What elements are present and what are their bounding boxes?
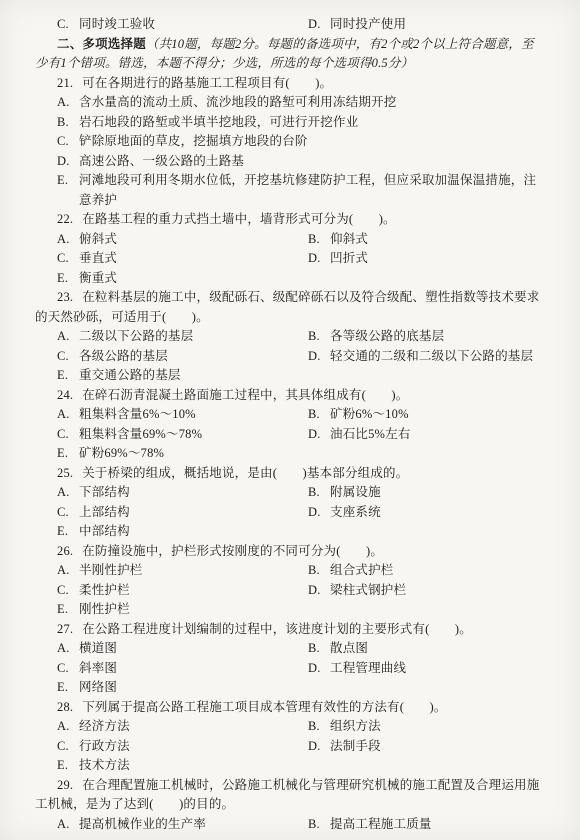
option-E: E.网络图 — [35, 678, 286, 698]
option-C: C.行政方法 — [35, 737, 286, 757]
option-text: 衡重式 — [79, 271, 117, 285]
option-label: D. — [308, 581, 330, 601]
option-text: 矿粉69%～78% — [79, 446, 164, 460]
option-label: D. — [308, 425, 330, 445]
option-label: B. — [308, 230, 330, 250]
option-B: B.附属设施 — [286, 483, 545, 503]
question-24: 24.在碎石沥青混凝土路面施工过程中，其具体组成有( )。A.粗集料含量6%～1… — [35, 386, 545, 464]
options-two-column: A.二级以下公路的基层B.各等级公路的底基层C.各级公路的基层D.轻交通的二级和… — [35, 327, 545, 386]
option-A: A.含水量高的流动土质、流沙地段的路堑可利用冻结期开挖 — [35, 93, 545, 113]
option-text: 铲除原地面的草皮，挖掘填方地段的台阶 — [79, 134, 308, 148]
option-text: 工程管理曲线 — [330, 661, 406, 675]
question-stem: 27.在公路工程进度计划编制的过程中，该进度计划的主要形式有( )。 — [35, 620, 545, 640]
options-two-column: A.粗集料含量6%～10%B.矿粉6%～10%C.粗集料含量69%～78%D.油… — [35, 405, 545, 464]
option-text: 同时投产使用 — [330, 17, 406, 31]
question-number: 27. — [57, 622, 73, 636]
option-E: E.技术方法 — [35, 756, 286, 776]
option-label: E. — [57, 269, 79, 289]
carryover-options-row: C.同时竣工验收 D.同时投产使用 — [35, 15, 545, 35]
question-text: 关于桥梁的组成，概括地说，是由( )基本部分组成的。 — [82, 466, 408, 480]
option-label: A. — [57, 405, 79, 425]
option-text: 附属设施 — [330, 485, 381, 499]
option-label: E. — [57, 522, 79, 542]
option-label: D. — [57, 152, 79, 172]
option-text: 半刚性护栏 — [79, 563, 143, 577]
option-C: C.上部结构 — [35, 503, 286, 523]
option-A: A.下部结构 — [35, 483, 286, 503]
option-D: D.凹折式 — [286, 249, 545, 269]
option-B: B.组织方法 — [286, 717, 545, 737]
options-two-column: A.俯斜式B.仰斜式C.垂直式D.凹折式E.衡重式 — [35, 230, 545, 289]
options-two-column: A.经济方法B.组织方法C.行政方法D.法制手段E.技术方法 — [35, 717, 545, 776]
option-text: 重交通公路的基层 — [79, 368, 181, 382]
option-label: B. — [308, 327, 330, 347]
question-text: 在碎石沥青混凝土路面施工过程中，其具体组成有( )。 — [82, 388, 408, 402]
question-text: 在路基工程的重力式挡土墙中，墙背形式可分为( )。 — [82, 212, 396, 226]
questions-container: 21.可在各期进行的路基施工工程项目有( )。A.含水量高的流动土质、流沙地段的… — [35, 74, 545, 835]
option-label: B. — [308, 561, 330, 581]
option-text: 高速公路、一级公路的土路基 — [79, 154, 244, 168]
question-number: 26. — [57, 544, 73, 558]
option-label: A. — [57, 639, 79, 659]
options-two-column: A.提高机械作业的生产率B.提高工程施工质量 — [35, 815, 545, 835]
question-number: 25. — [57, 466, 73, 480]
option-label: C. — [57, 132, 79, 152]
option-label: B. — [308, 639, 330, 659]
option-label: C. — [57, 347, 79, 367]
options-list: A.含水量高的流动土质、流沙地段的路堑可利用冻结期开挖B.岩石地段的路堑或半填半… — [35, 93, 545, 210]
question-stem: 26.在防撞设施中，护栏形式按刚度的不同可分为( )。 — [35, 542, 545, 562]
option-B: B.仰斜式 — [286, 230, 545, 250]
option-A: A.粗集料含量6%～10% — [35, 405, 286, 425]
question-stem: 25.关于桥梁的组成，概括地说，是由( )基本部分组成的。 — [35, 464, 545, 484]
option-B: B.散点图 — [286, 639, 545, 659]
option-text: 行政方法 — [79, 739, 130, 753]
option-label: D. — [308, 737, 330, 757]
option-label: C. — [57, 659, 79, 679]
question-text: 在防撞设施中，护栏形式按刚度的不同可分为( )。 — [82, 544, 383, 558]
option-A: A.二级以下公路的基层 — [35, 327, 286, 347]
question-number: 21. — [57, 76, 73, 90]
option-text: 支座系统 — [330, 505, 381, 519]
option-text: 横道图 — [79, 641, 117, 655]
option-text: 各级公路的基层 — [79, 349, 168, 363]
option-label: B. — [308, 405, 330, 425]
option-text: 粗集料含量69%～78% — [79, 427, 202, 441]
option-text: 仰斜式 — [330, 232, 368, 246]
option-text: 提高机械作业的生产率 — [79, 817, 206, 831]
question-number: 23. — [57, 290, 73, 304]
question-text: 可在各期进行的路基施工工程项目有( )。 — [82, 76, 332, 90]
question-text: 在合理配置施工机械时，公路施工机械化与管理研究机械的施工配置及合理运用施工机械，… — [35, 778, 539, 812]
carryover-option-c: C.同时竣工验收 — [35, 15, 286, 35]
option-label: D. — [308, 15, 330, 35]
option-label: D. — [308, 249, 330, 269]
option-label: D. — [308, 347, 330, 367]
question-stem: 22.在路基工程的重力式挡土墙中，墙背形式可分为( )。 — [35, 210, 545, 230]
option-A: A.俯斜式 — [35, 230, 286, 250]
carryover-option-d: D.同时投产使用 — [286, 15, 545, 35]
options-two-column: A.半刚性护栏B.组合式护栏C.柔性护栏D.梁柱式钢护栏E.刚性护栏 — [35, 561, 545, 620]
option-text: 下部结构 — [79, 485, 130, 499]
option-label: A. — [57, 93, 79, 113]
question-25: 25.关于桥梁的组成，概括地说，是由( )基本部分组成的。A.下部结构B.附属设… — [35, 464, 545, 542]
option-text: 法制手段 — [330, 739, 381, 753]
option-label: C. — [57, 15, 79, 35]
option-text: 散点图 — [330, 641, 368, 655]
option-D: D.轻交通的二级和二级以下公路的基层 — [286, 347, 545, 367]
question-text: 下列属于提高公路工程施工项目成本管理有效性的方法有( )。 — [82, 700, 446, 714]
option-label: B. — [308, 483, 330, 503]
option-label: D. — [308, 659, 330, 679]
option-text: 凹折式 — [330, 251, 368, 265]
option-text: 河滩地段可利用冬期水位低，开挖基坑修建防护工程，但应采取加温保温措施，注意养护 — [79, 173, 536, 207]
question-stem: 23.在粒料基层的施工中，级配砾石、级配碎砾石以及符合级配、塑性指数等技术要求的… — [35, 288, 545, 327]
option-text: 油石比5%左右 — [330, 427, 411, 441]
option-D: D.高速公路、一级公路的土路基 — [35, 152, 545, 172]
option-B: B.组合式护栏 — [286, 561, 545, 581]
option-text: 轻交通的二级和二级以下公路的基层 — [330, 349, 533, 363]
option-text: 中部结构 — [79, 524, 130, 538]
option-text: 梁柱式钢护栏 — [330, 583, 406, 597]
option-text: 斜率图 — [79, 661, 117, 675]
option-text: 技术方法 — [79, 758, 130, 772]
option-text: 各等级公路的底基层 — [330, 329, 444, 343]
option-label: E. — [57, 678, 79, 698]
option-label: C. — [57, 425, 79, 445]
option-text: 矿粉6%～10% — [330, 407, 409, 421]
option-label: E. — [57, 444, 79, 464]
option-E: E.刚性护栏 — [35, 600, 286, 620]
option-C: C.垂直式 — [35, 249, 286, 269]
option-label: E. — [57, 756, 79, 776]
option-text: 组织方法 — [330, 719, 381, 733]
question-number: 24. — [57, 388, 73, 402]
option-B: B.提高工程施工质量 — [286, 815, 545, 835]
question-number: 29. — [57, 778, 73, 792]
option-B: B.岩石地段的路堑或半填半挖地段，可进行开挖作业 — [35, 113, 545, 133]
option-text: 垂直式 — [79, 251, 117, 265]
option-text: 经济方法 — [79, 719, 130, 733]
question-text: 在粒料基层的施工中，级配砾石、级配碎砾石以及符合级配、塑性指数等技术要求的天然砂… — [35, 290, 539, 324]
option-C: C.各级公路的基层 — [35, 347, 286, 367]
question-21: 21.可在各期进行的路基施工工程项目有( )。A.含水量高的流动土质、流沙地段的… — [35, 74, 545, 211]
option-label: E. — [57, 366, 79, 386]
question-stem: 28.下列属于提高公路工程施工项目成本管理有效性的方法有( )。 — [35, 698, 545, 718]
option-label: B. — [308, 717, 330, 737]
option-D: D.梁柱式钢护栏 — [286, 581, 545, 601]
option-text: 刚性护栏 — [79, 602, 130, 616]
option-label: A. — [57, 815, 79, 835]
question-28: 28.下列属于提高公路工程施工项目成本管理有效性的方法有( )。A.经济方法B.… — [35, 698, 545, 776]
option-label: E. — [57, 600, 79, 620]
question-23: 23.在粒料基层的施工中，级配砾石、级配碎砾石以及符合级配、塑性指数等技术要求的… — [35, 288, 545, 386]
option-B: B.矿粉6%～10% — [286, 405, 545, 425]
option-D: D.支座系统 — [286, 503, 545, 523]
option-label: C. — [57, 581, 79, 601]
option-B: B.各等级公路的底基层 — [286, 327, 545, 347]
option-E: E.重交通公路的基层 — [35, 366, 286, 386]
question-stem: 21.可在各期进行的路基施工工程项目有( )。 — [35, 74, 545, 94]
option-label: A. — [57, 327, 79, 347]
options-two-column: A.横道图B.散点图C.斜率图D.工程管理曲线E.网络图 — [35, 639, 545, 698]
option-A: A.半刚性护栏 — [35, 561, 286, 581]
option-label: C. — [57, 503, 79, 523]
question-29: 29.在合理配置施工机械时，公路施工机械化与管理研究机械的施工配置及合理运用施工… — [35, 776, 545, 835]
option-A: A.提高机械作业的生产率 — [35, 815, 286, 835]
option-D: D.油石比5%左右 — [286, 425, 545, 445]
option-text: 俯斜式 — [79, 232, 117, 246]
option-C: C.柔性护栏 — [35, 581, 286, 601]
section-heading-paragraph: 二、多项选择题（共10题，每题2分。每题的备选项中，有2个或2个以上符合题意，至… — [35, 35, 545, 74]
question-stem: 24.在碎石沥青混凝土路面施工过程中，其具体组成有( )。 — [35, 386, 545, 406]
option-label: B. — [57, 113, 79, 133]
question-22: 22.在路基工程的重力式挡土墙中，墙背形式可分为( )。A.俯斜式B.仰斜式C.… — [35, 210, 545, 288]
option-E: E.河滩地段可利用冬期水位低，开挖基坑修建防护工程，但应采取加温保温措施，注意养… — [35, 171, 545, 210]
option-E: E.中部结构 — [35, 522, 286, 542]
option-text: 二级以下公路的基层 — [79, 329, 193, 343]
option-text: 柔性护栏 — [79, 583, 130, 597]
option-label: A. — [57, 561, 79, 581]
option-text: 粗集料含量6%～10% — [79, 407, 196, 421]
option-text: 网络图 — [79, 680, 117, 694]
option-D: D.法制手段 — [286, 737, 545, 757]
option-text: 组合式护栏 — [330, 563, 394, 577]
option-text: 含水量高的流动土质、流沙地段的路堑可利用冻结期开挖 — [79, 95, 397, 109]
option-D: D.工程管理曲线 — [286, 659, 545, 679]
question-stem: 29.在合理配置施工机械时，公路施工机械化与管理研究机械的施工配置及合理运用施工… — [35, 776, 545, 815]
option-text: 岩石地段的路堑或半填半挖地段，可进行开挖作业 — [79, 115, 358, 129]
question-number: 22. — [57, 212, 73, 226]
option-text: 提高工程施工质量 — [330, 817, 432, 831]
option-label: A. — [57, 717, 79, 737]
option-C: C.铲除原地面的草皮，挖掘填方地段的台阶 — [35, 132, 545, 152]
option-label: D. — [308, 503, 330, 523]
option-A: A.经济方法 — [35, 717, 286, 737]
option-A: A.横道图 — [35, 639, 286, 659]
option-text: 上部结构 — [79, 505, 130, 519]
section-title: 二、多项选择题 — [57, 37, 146, 51]
option-label: C. — [57, 249, 79, 269]
question-26: 26.在防撞设施中，护栏形式按刚度的不同可分为( )。A.半刚性护栏B.组合式护… — [35, 542, 545, 620]
option-label: C. — [57, 737, 79, 757]
option-label: A. — [57, 230, 79, 250]
option-label: B. — [308, 815, 330, 835]
option-C: C.斜率图 — [35, 659, 286, 679]
option-label: A. — [57, 483, 79, 503]
exam-paper-page: C.同时竣工验收 D.同时投产使用 二、多项选择题（共10题，每题2分。每题的备… — [0, 0, 580, 840]
options-two-column: A.下部结构B.附属设施C.上部结构D.支座系统E.中部结构 — [35, 483, 545, 542]
option-E: E.衡重式 — [35, 269, 286, 289]
option-text: 同时竣工验收 — [79, 17, 155, 31]
question-text: 在公路工程进度计划编制的过程中，该进度计划的主要形式有( )。 — [82, 622, 472, 636]
option-label: E. — [57, 171, 79, 191]
option-C: C.粗集料含量69%～78% — [35, 425, 286, 445]
question-number: 28. — [57, 700, 73, 714]
question-27: 27.在公路工程进度计划编制的过程中，该进度计划的主要形式有( )。A.横道图B… — [35, 620, 545, 698]
option-E: E.矿粉69%～78% — [35, 444, 286, 464]
